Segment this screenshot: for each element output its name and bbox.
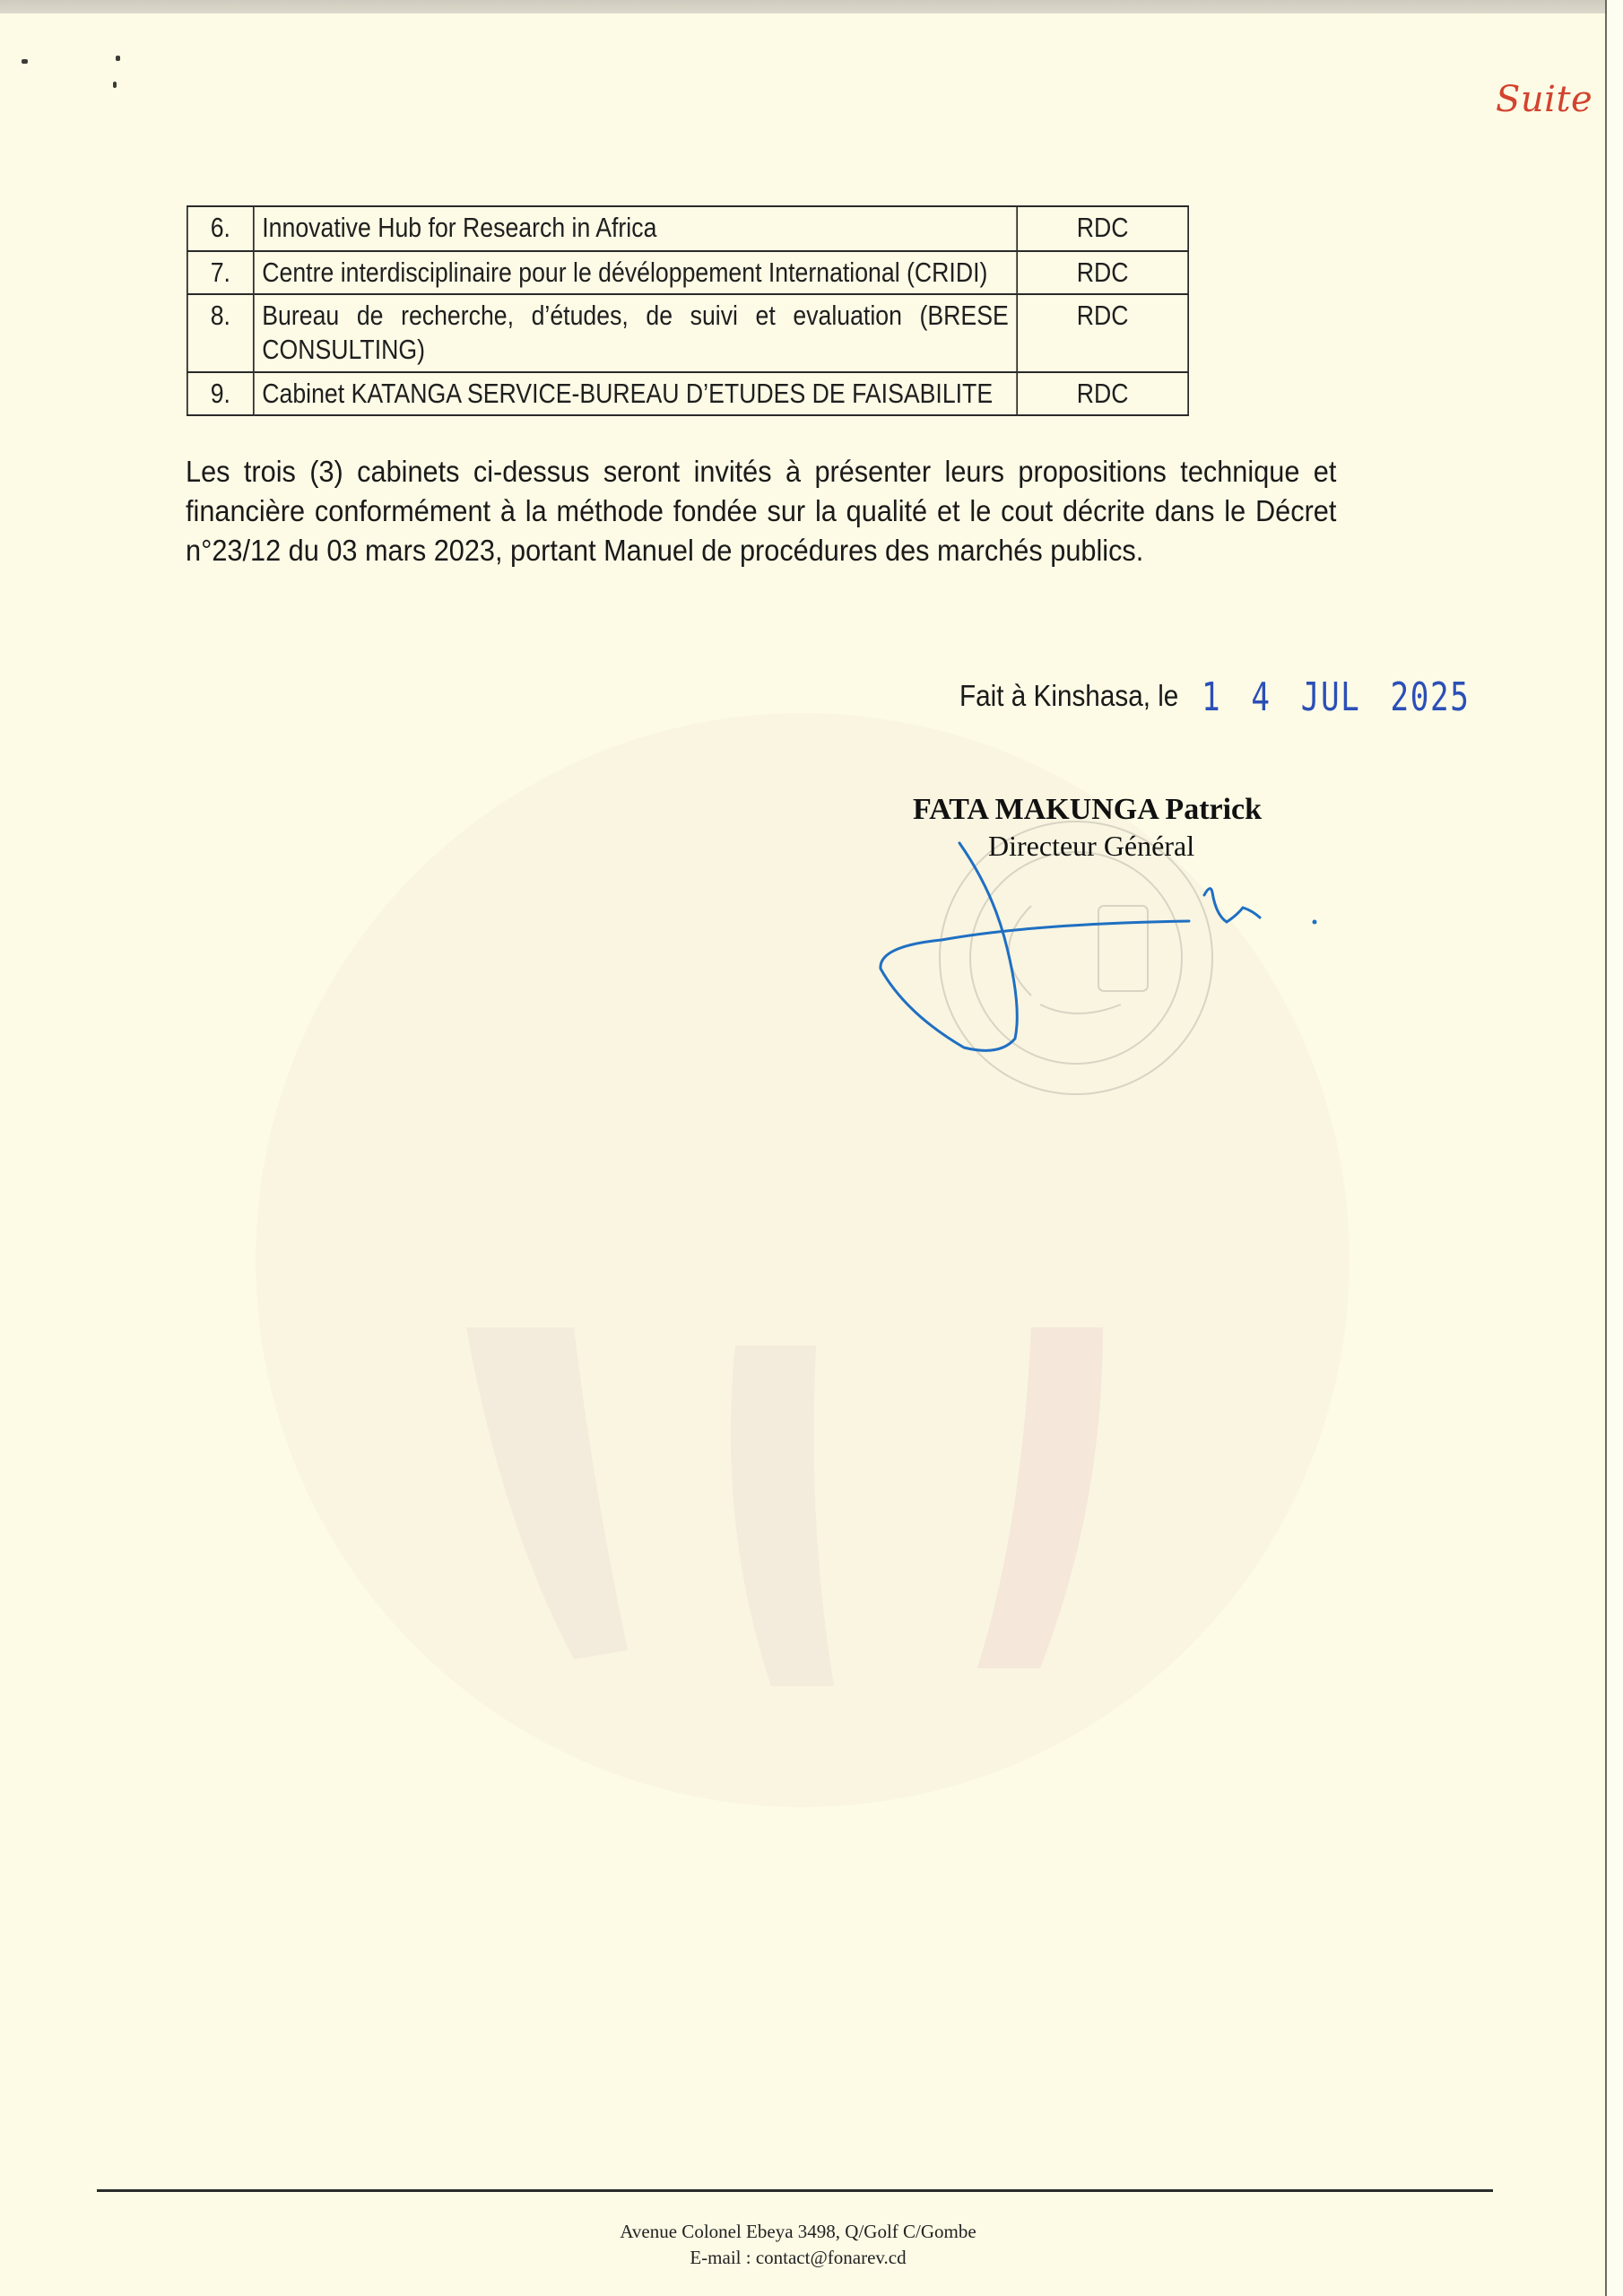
- scan-border-right: [1605, 0, 1623, 2296]
- cabinet-name: Bureau de recherche, d’études, de suivi …: [254, 294, 1017, 372]
- footer-address: Avenue Colonel Ebeya 3498, Q/Golf C/Gomb…: [0, 2221, 1596, 2243]
- signatory-name: FATA MAKUNGA Patrick: [913, 793, 1262, 827]
- cabinet-country: RDC: [1017, 206, 1188, 251]
- scan-specks: [0, 0, 179, 108]
- cabinet-country: RDC: [1017, 372, 1188, 415]
- date-stamp: 1 4 JUL 2025: [1202, 674, 1470, 720]
- body-paragraph: Les trois (3) cabinets ci-dessus seront …: [186, 452, 1336, 570]
- cabinet-name: Cabinet KATANGA SERVICE-BUREAU D’ETUDES …: [254, 372, 1017, 415]
- signature-icon: [881, 843, 1260, 1050]
- cabinet-name: Centre interdisciplinaire pour le dévélo…: [254, 251, 1017, 294]
- table-row: 8. Bureau de recherche, d’études, de sui…: [187, 294, 1188, 372]
- footer-divider: [97, 2189, 1493, 2192]
- continuation-mark: Suite: [1496, 79, 1593, 120]
- row-number: 6.: [187, 206, 254, 251]
- table-row: 6. Innovative Hub for Research in Africa…: [187, 206, 1188, 251]
- table-row: 9. Cabinet KATANGA SERVICE-BUREAU D’ETUD…: [187, 372, 1188, 415]
- row-number: 8.: [187, 294, 254, 372]
- signature-dot: [1313, 920, 1317, 925]
- footer-email: E-mail : contact@fonarev.cd: [0, 2247, 1596, 2269]
- row-number: 7.: [187, 251, 254, 294]
- place-label: Fait à Kinshasa, le: [959, 679, 1178, 713]
- signatory-title: Directeur Général: [988, 830, 1194, 863]
- cabinet-country: RDC: [1017, 294, 1188, 372]
- cabinets-table: 6. Innovative Hub for Research in Africa…: [187, 205, 1189, 416]
- row-number: 9.: [187, 372, 254, 415]
- cabinet-name: Innovative Hub for Research in Africa: [254, 206, 1017, 251]
- cabinet-country: RDC: [1017, 251, 1188, 294]
- scan-border-top: [0, 0, 1623, 13]
- table-row: 7. Centre interdisciplinaire pour le dév…: [187, 251, 1188, 294]
